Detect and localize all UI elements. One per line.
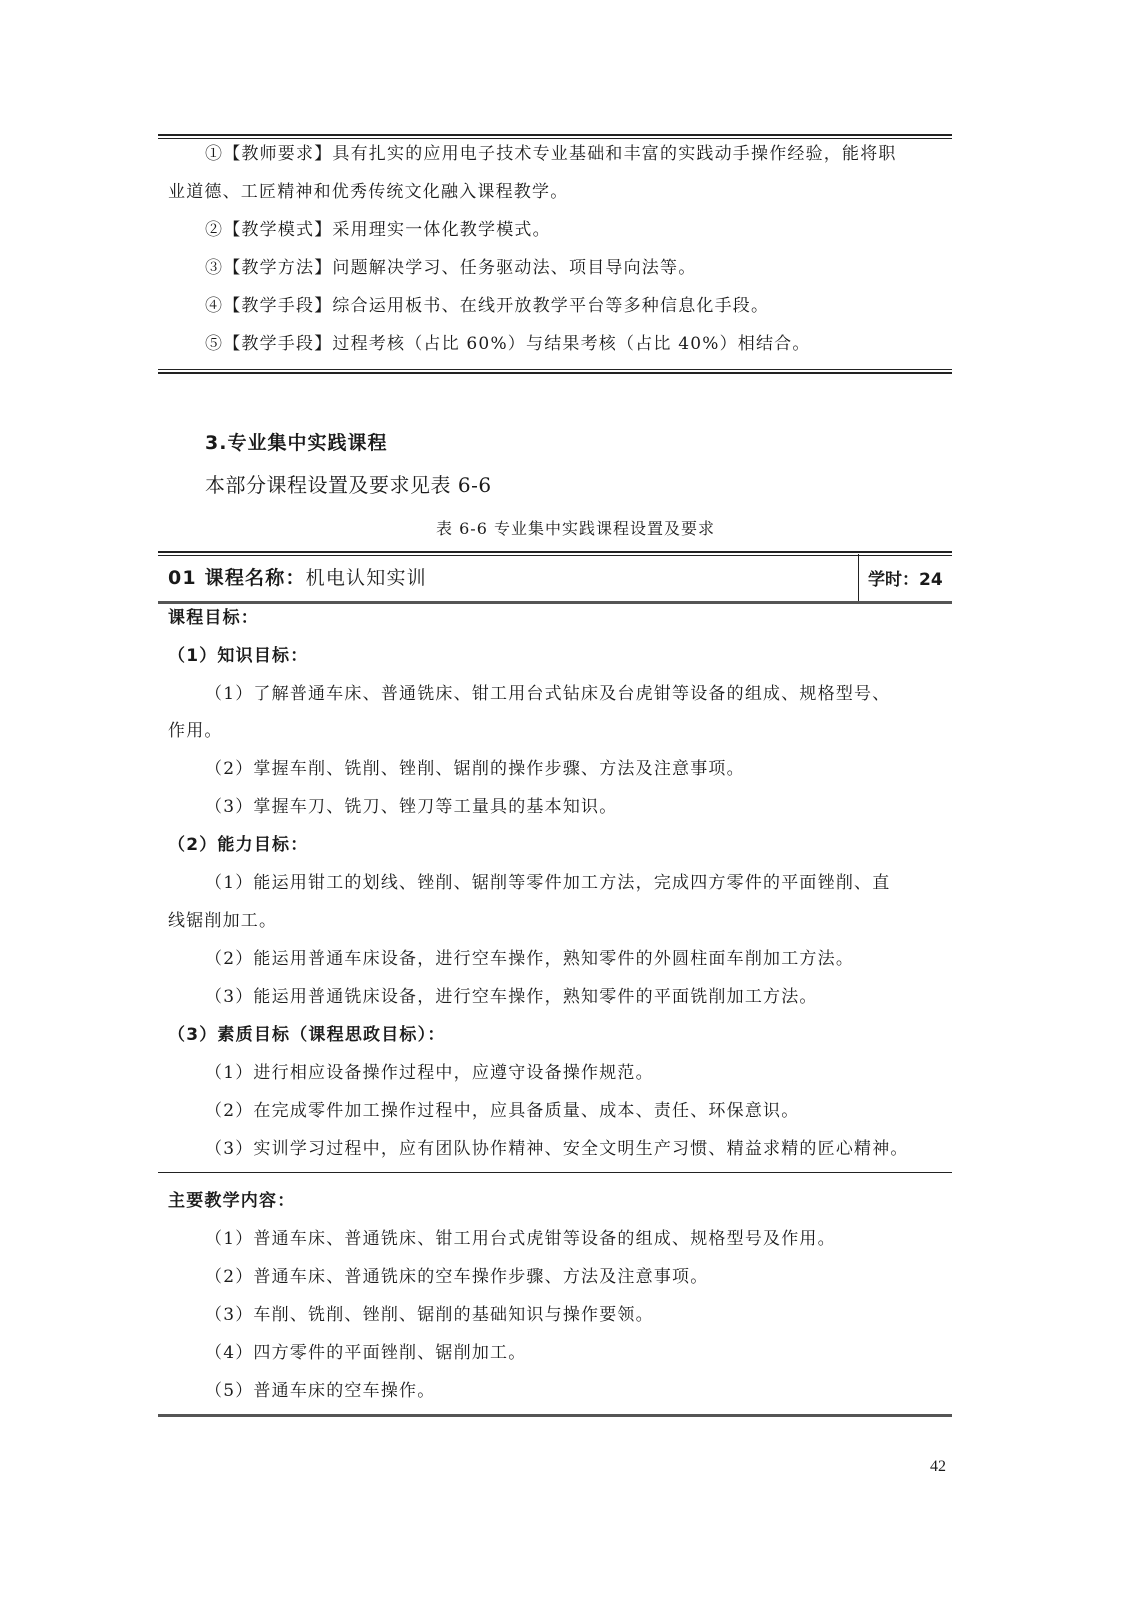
item-text: 具有扎实的应用电子技术专业基础和丰富的实践动手操作经验，能将职 [332,144,896,164]
content-item: （3）车削、铣削、锉削、锯削的基础知识与操作要领。 [205,1304,654,1326]
section-heading: 3.专业集中实践课程 [205,432,387,454]
knowledge-item: （3）掌握车刀、铣刀、锉刀等工量具的基本知识。 [205,796,617,818]
course-name: 01 课程名称：机电认知实训 [168,567,427,589]
content-item: （4）四方零件的平面锉削、锯削加工。 [205,1342,526,1364]
quality-item: （1）进行相应设备操作过程中，应遵守设备操作规范。 [205,1062,654,1084]
item-text: 综合运用板书、在线开放教学平台等多种信息化手段。 [332,296,769,316]
item-marker: ② [205,220,223,240]
ability-heading: （2）能力目标： [168,834,308,856]
course-hours: 学时：24 [868,569,943,591]
teaching-mode-line: ②【教学模式】采用理实一体化教学模式。 [205,219,551,241]
table-column-divider [858,554,859,602]
ability-item: （2）能运用普通车床设备，进行空车操作，熟知零件的外圆柱面车削加工方法。 [205,948,854,970]
course-table-bottom-border [158,1414,952,1417]
content-item: （1）普通车床、普通铣床、钳工用台式虎钳等设备的组成、规格型号及作用。 [205,1228,836,1250]
page-number: 42 [930,1458,946,1476]
teaching-means-line: ④【教学手段】综合运用板书、在线开放教学平台等多种信息化手段。 [205,295,769,317]
ability-item: （3）能运用普通铣床设备，进行空车操作，熟知零件的平面铣削加工方法。 [205,986,818,1008]
hours-value: 24 [919,570,943,590]
item-text: 采用理实一体化教学模式。 [332,220,550,240]
table-top-border [158,134,952,139]
course-table-top-border [158,551,952,556]
content-heading: 主要教学内容： [168,1190,295,1212]
table-bottom-border [158,369,952,374]
objectives-heading: 课程目标： [168,607,259,629]
item-tag: 【教学手段】 [223,296,332,316]
section-intro: 本部分课程设置及要求见表 6-6 [205,474,492,496]
course-header-divider [158,601,952,604]
course-name-value: 机电认知实训 [306,567,427,589]
knowledge-heading: （1）知识目标： [168,645,308,667]
quality-heading: （3）素质目标（课程思政目标）： [168,1024,446,1046]
course-name-label: 01 课程名称： [168,567,306,589]
table-caption: 表 6-6 专业集中实践课程设置及要求 [0,518,1131,540]
teacher-requirement-line: ①【教师要求】具有扎实的应用电子技术专业基础和丰富的实践动手操作经验，能将职 [205,143,897,165]
ability-item-continuation: 线锯削加工。 [168,910,277,932]
content-item: （2）普通车床、普通铣床的空车操作步骤、方法及注意事项。 [205,1266,708,1288]
hours-label: 学时： [868,570,919,590]
item-tag: 【教学模式】 [223,220,332,240]
teaching-method-line: ③【教学方法】问题解决学习、任务驱动法、项目导向法等。 [205,257,696,279]
item-marker: ⑤ [205,334,223,354]
quality-item: （2）在完成零件加工操作过程中，应具备质量、成本、责任、环保意识。 [205,1100,799,1122]
content-section-divider [158,1172,952,1173]
content-item: （5）普通车床的空车操作。 [205,1380,435,1402]
item-text: 过程考核（占比 60%）与结果考核（占比 40%）相结合。 [332,334,810,354]
assessment-line: ⑤【教学手段】过程考核（占比 60%）与结果考核（占比 40%）相结合。 [205,333,811,355]
document-page: ①【教师要求】具有扎实的应用电子技术专业基础和丰富的实践动手操作经验，能将职 业… [0,0,1131,1600]
item-marker: ① [205,144,223,164]
knowledge-item: （1）了解普通车床、普通铣床、钳工用台式钻床及台虎钳等设备的组成、规格型号、 [205,683,890,705]
item-tag: 【教师要求】 [223,144,332,164]
item-tag: 【教学手段】 [223,334,332,354]
item-text: 问题解决学习、任务驱动法、项目导向法等。 [332,258,696,278]
knowledge-item: （2）掌握车削、铣削、锉削、锯削的操作步骤、方法及注意事项。 [205,758,745,780]
item-tag: 【教学方法】 [223,258,332,278]
item-marker: ③ [205,258,223,278]
teacher-requirement-continuation: 业道德、工匠精神和优秀传统文化融入课程教学。 [168,181,568,203]
knowledge-item-continuation: 作用。 [168,720,223,742]
ability-item: （1）能运用钳工的划线、锉削、锯削等零件加工方法，完成四方零件的平面锉削、直 [205,872,890,894]
quality-item: （3）实训学习过程中，应有团队协作精神、安全文明生产习惯、精益求精的匠心精神。 [205,1138,909,1160]
item-marker: ④ [205,296,223,316]
